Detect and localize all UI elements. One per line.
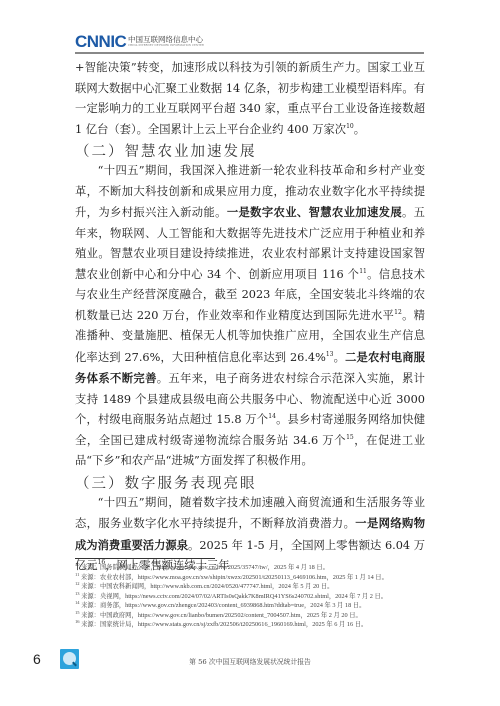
footnote-text[interactable]: 来源：央视网，https://news.cctv.com/2024/07/02/… (81, 593, 387, 600)
org-name-en: CHINA INTERNET NETWORK INFORMATION CENTE… (128, 44, 204, 47)
footnote-ref-14[interactable]: 14 (268, 413, 276, 420)
footnote-number: 13 (75, 590, 80, 595)
footnote-number: 16 (75, 619, 80, 624)
footnote-16: 16 来源：国家统计局，https://www.stats.gov.cn/sj/… (75, 620, 425, 630)
section-heading-digital-services: （三）数字服务表现亮眼 (75, 472, 425, 493)
footnote-14: 14 来源：商务部，https://www.gov.cn/zhengce/202… (75, 601, 425, 611)
paragraph-text: +智能决策”转变，加速形成以科技为引领的新质生产力。国家工业互联网大数据中心汇聚… (75, 61, 425, 136)
page-body: +智能决策”转变，加速形成以科技为引领的新质生产力。国家工业互联网大数据中心汇聚… (75, 58, 425, 577)
footnote-15: 15 来源：中国政府网，https://www.gov.cn/lianbo/bu… (75, 611, 425, 621)
report-title: 第 56 次中国互联网络发展状况统计报告 (0, 656, 500, 666)
footnote-text[interactable]: 来源：国家统计局，https://www.stats.gov.cn/sj/zxf… (81, 621, 367, 628)
footnote-13: 13 来源：央视网，https://news.cctv.com/2024/07/… (75, 592, 425, 602)
footnote-text[interactable]: 来源：国务院新闻办公室，http://www.scio.gov.cn/live/… (81, 564, 329, 571)
footnote-number: 10 (75, 562, 80, 567)
footnote-text[interactable]: 来源：中国政府网，https://www.gov.cn/lianbo/bumen… (81, 612, 362, 619)
footnote-ref-12[interactable]: 12 (394, 309, 402, 316)
org-name-cn: 中国互联网络信息中心 (128, 35, 203, 44)
footnote-number: 11 (75, 571, 79, 576)
paragraph-smart-agriculture: “十四五”期间，我国深入推进新一轮农业科技革命和乡村产业变革，不断加大科技创新和… (75, 161, 425, 472)
footnote-ref-15[interactable]: 15 (346, 434, 354, 441)
footnote-number: 15 (75, 609, 80, 614)
header-divider (75, 52, 424, 54)
cnnic-logo: CNNIC (75, 33, 126, 51)
bold-point-1: 一是数字农业、智慧农业加速发展 (227, 205, 402, 219)
section-heading-smart-agriculture: （二）智慧农业加速发展 (75, 140, 425, 161)
footnote-text[interactable]: 来源：农业农村部，https://www.moa.gov.cn/xw/shipi… (81, 574, 388, 581)
footnote-number: 12 (75, 581, 80, 586)
page-header: CNNIC 中国互联网络信息中心 CHINA INTERNET NETWORK … (75, 33, 424, 51)
footnote-11: 11 来源：农业农村部，https://www.moa.gov.cn/xw/sh… (75, 573, 425, 583)
footnotes: 10 来源：国务院新闻办公室，http://www.scio.gov.cn/li… (75, 563, 425, 630)
paragraph-text: 。 (354, 123, 365, 136)
footnote-ref-10[interactable]: 10 (346, 123, 354, 130)
paragraph-continued: +智能决策”转变，加速形成以科技为引领的新质生产力。国家工业互联网大数据中心汇聚… (75, 58, 425, 140)
footnote-10: 10 来源：国务院新闻办公室，http://www.scio.gov.cn/li… (75, 563, 425, 573)
footnote-divider (75, 558, 215, 559)
footnote-ref-13[interactable]: 13 (326, 351, 334, 358)
footnote-12: 12 来源：中国农科新闻网，http://www.nkb.com.cn/2024… (75, 582, 425, 592)
footnote-text[interactable]: 来源：商务部，https://www.gov.cn/zhengce/202403… (81, 602, 365, 609)
footnote-ref-11[interactable]: 11 (359, 268, 367, 275)
footnote-text[interactable]: 来源：中国农科新闻网，http://www.nkb.com.cn/2024/05… (81, 583, 333, 590)
paragraph-text: 。 (334, 351, 346, 364)
footnote-number: 14 (75, 600, 80, 605)
